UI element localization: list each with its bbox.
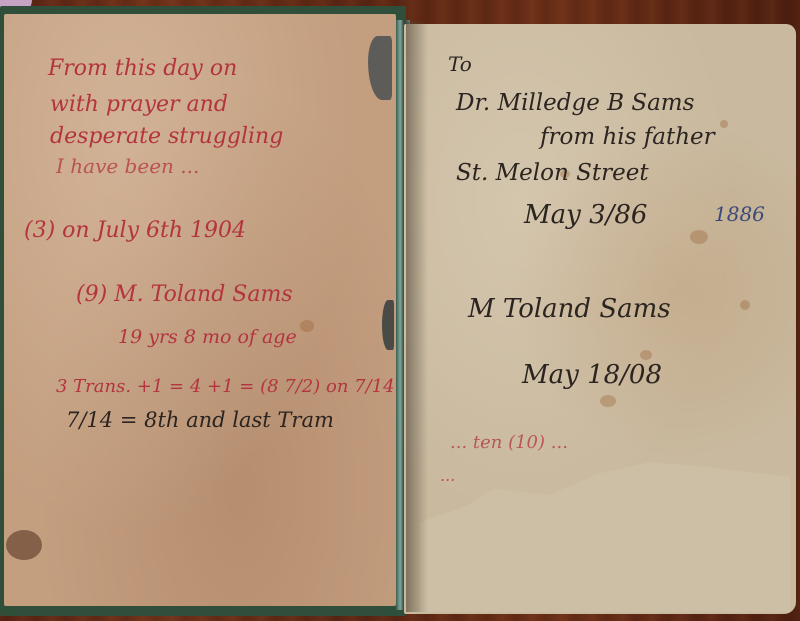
inscription-age: 19 yrs 8 mo of age	[118, 326, 297, 348]
dedication-recipient: Dr. Milledge B Sams	[456, 90, 694, 116]
inscription-note: 7/14 = 8th and last Tram	[66, 408, 334, 432]
dedication-to: To	[448, 52, 472, 76]
signature-date: May 18/08	[522, 360, 662, 390]
dedication-from: from his father	[540, 124, 715, 150]
torn-inscription: ...	[440, 466, 455, 485]
year-annotation: 1886	[714, 202, 765, 226]
inscription-line: From this day on	[48, 56, 237, 81]
inscription-line: with prayer and	[50, 92, 228, 117]
inscription-line: I have been ...	[56, 154, 199, 178]
owner-signature: M Toland Sams	[468, 294, 671, 324]
stain	[6, 530, 42, 560]
torn-inscription: ... ten (10) ...	[450, 432, 568, 453]
torn-spot	[382, 300, 394, 350]
inscription-date: (3) on July 6th 1904	[24, 218, 246, 243]
dedication-date: May 3/86	[524, 200, 647, 230]
inscription-name: (9) M. Toland Sams	[76, 282, 293, 307]
page-gutter-shadow	[406, 22, 428, 612]
inscription-note: 3 Trans. +1 = 4 +1 = (8 7/2) on 7/14	[56, 376, 395, 397]
inscription-line: desperate struggling	[50, 124, 283, 149]
dedication-address: St. Melon Street	[456, 160, 649, 186]
